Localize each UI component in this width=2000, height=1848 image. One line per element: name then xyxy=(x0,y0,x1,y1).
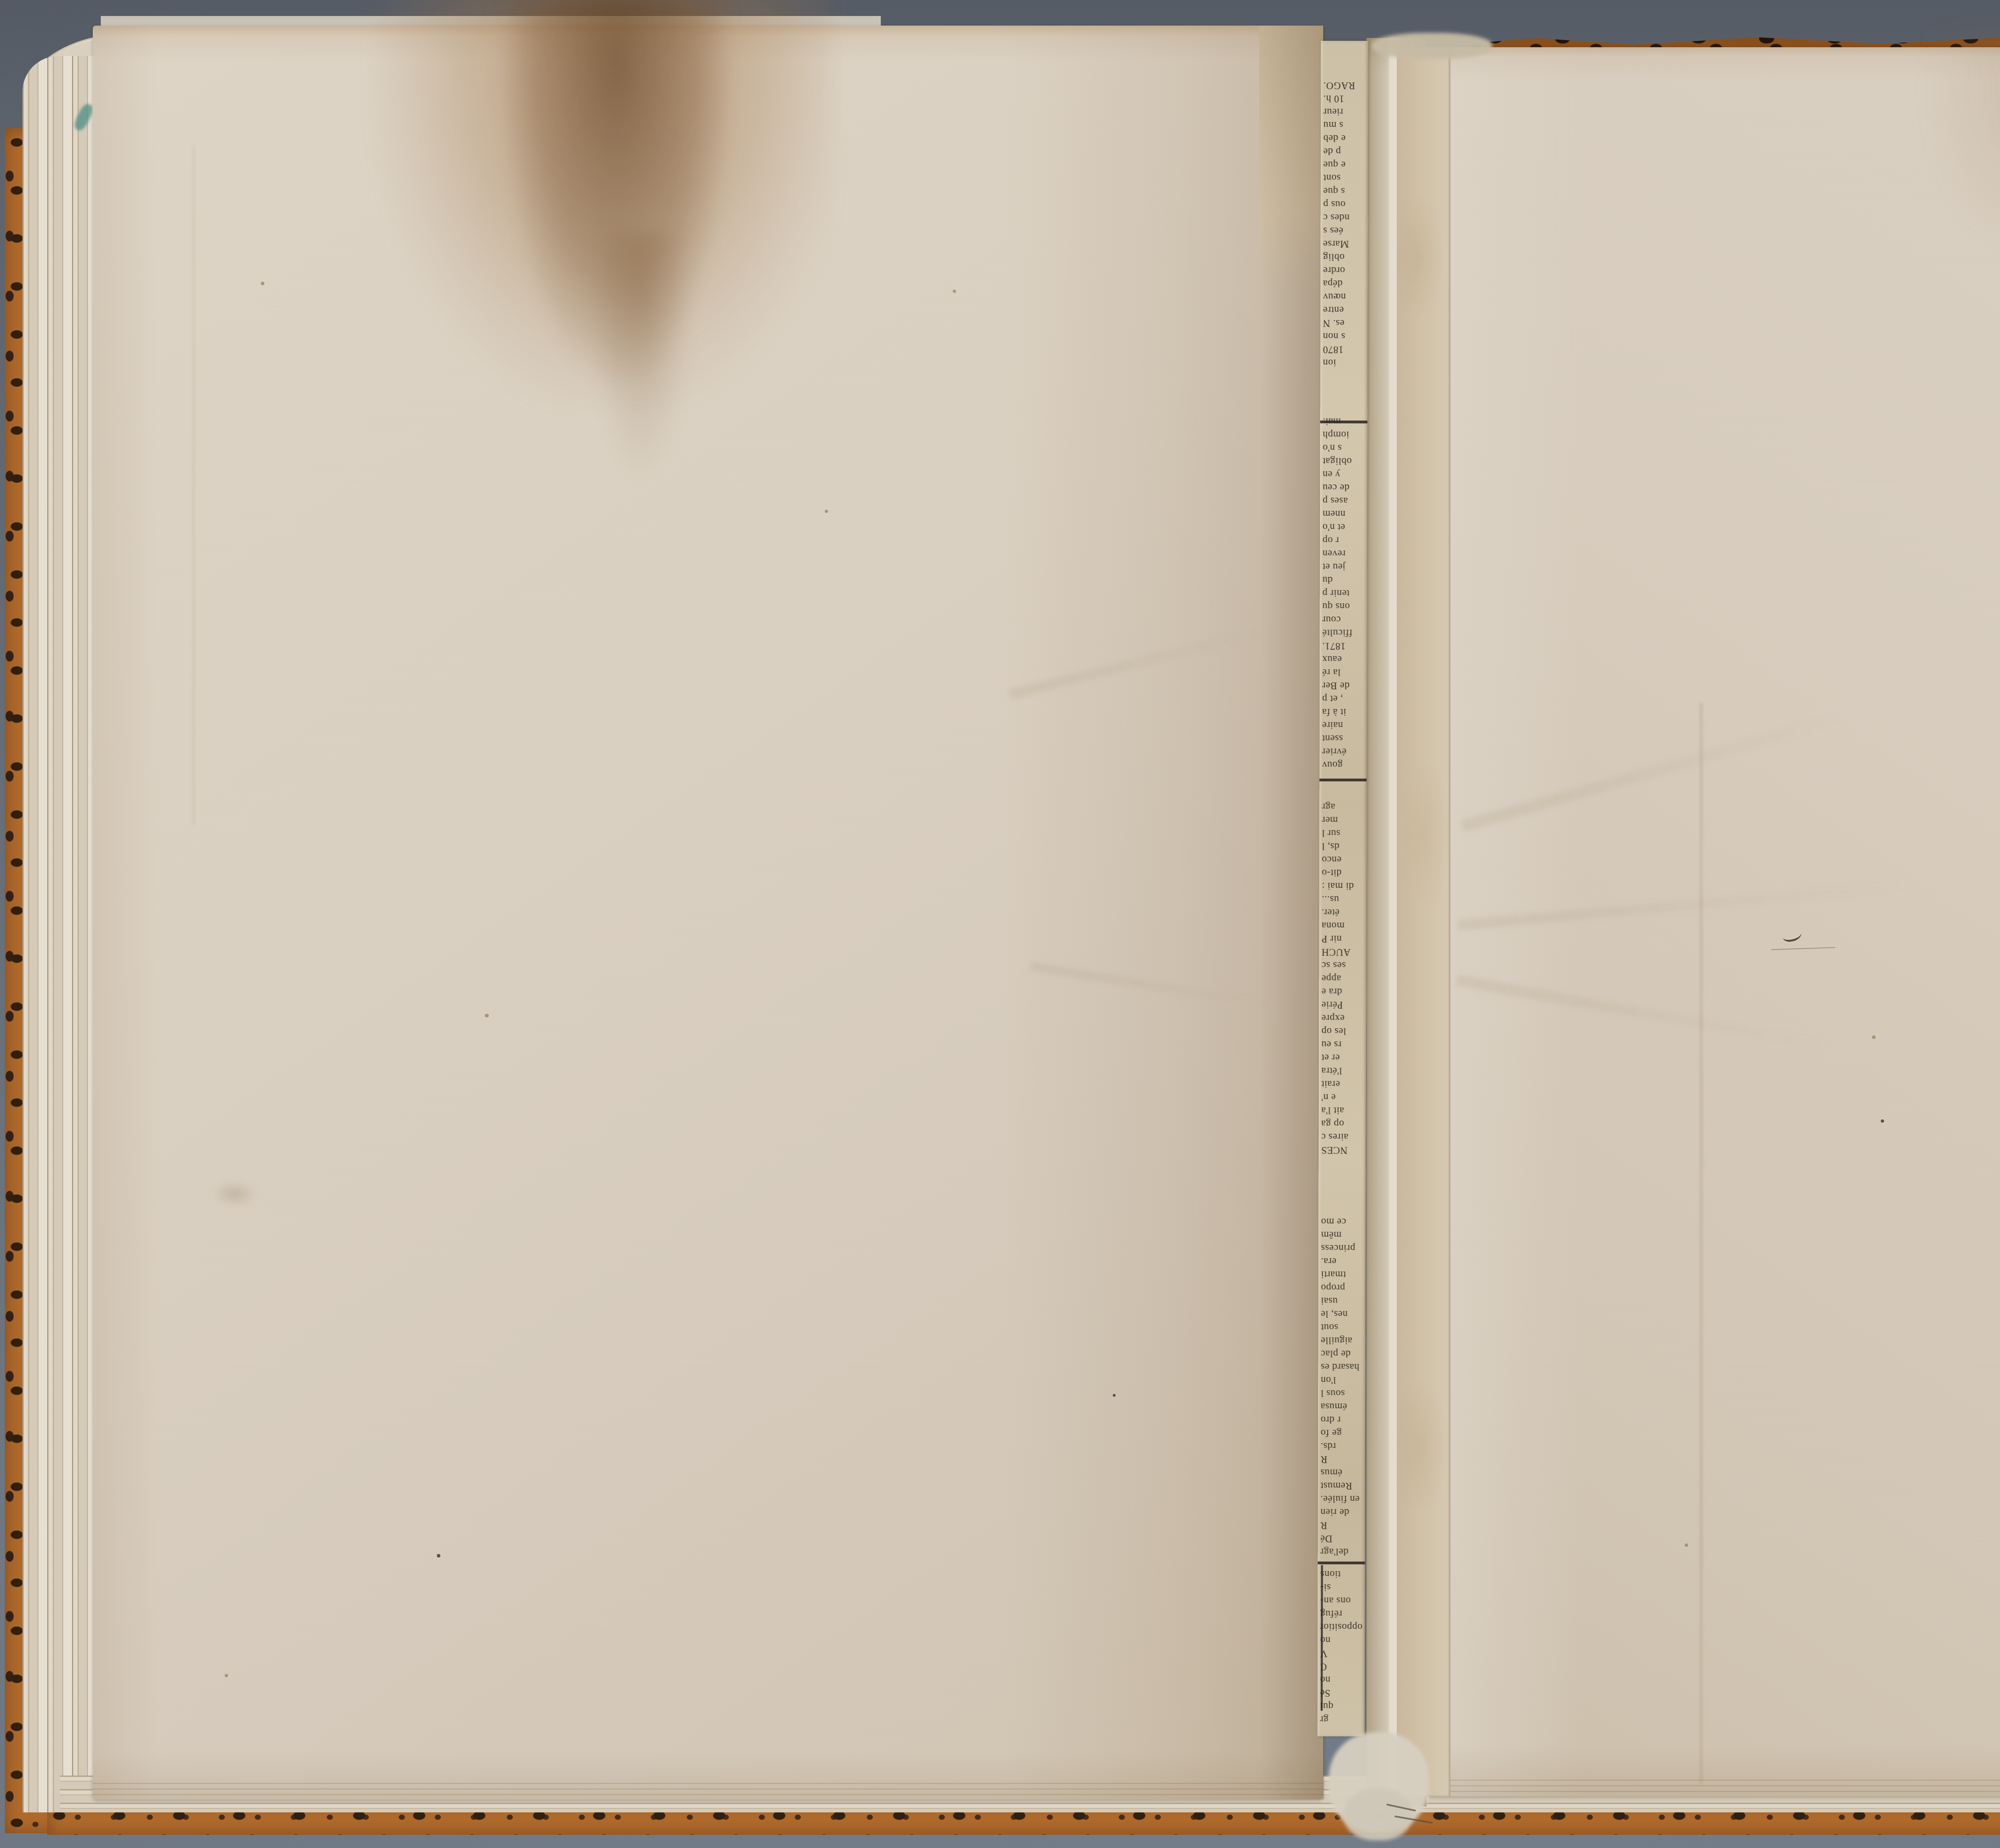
foxing-spot xyxy=(485,1014,489,1017)
clipping-segment: NCES aires c op ga ait l'a e n' erait l'… xyxy=(1321,780,1364,1157)
smudge-mark xyxy=(213,1182,257,1206)
foxing-spot xyxy=(1881,1119,1884,1123)
wrinkle-streak xyxy=(1461,683,1945,832)
foxing-spot xyxy=(225,1674,228,1677)
ink-squiggle-mark xyxy=(1782,927,1803,943)
clipping-segment: del'agr Dé R de rien en fiulée. Remust é… xyxy=(1320,1165,1363,1559)
foxing-spot xyxy=(1685,1544,1688,1547)
right-page xyxy=(1429,47,2000,1796)
newspaper-clipping-text: gr qui Sé no C V no opposition réfug ons… xyxy=(1318,41,1368,1736)
water-stain-left-core xyxy=(501,0,733,382)
clipping-column-rule xyxy=(1320,778,1367,781)
clipping-column-rule xyxy=(1320,420,1367,423)
water-stain-right-wash xyxy=(1921,31,2000,255)
water-stain-left-drip xyxy=(589,234,693,482)
tan-band-mottle xyxy=(1397,47,1450,1796)
ink-scratch-mark xyxy=(1771,947,1835,950)
newspaper-clipping: gr qui Sé no C V no opposition réfug ons… xyxy=(1318,41,1368,1736)
photo-backdrop: gr qui Sé no C V no opposition réfug ons… xyxy=(0,0,2000,1848)
foxing-spot xyxy=(1872,1035,1876,1039)
gutter-shadow xyxy=(1260,26,1324,1800)
clipping-vertical-rule xyxy=(1321,1565,1323,1711)
foxing-spot xyxy=(1113,1394,1116,1397)
bottom-edge-lines xyxy=(93,1783,1323,1800)
foxing-spot xyxy=(437,1554,440,1558)
page-crease xyxy=(193,146,194,826)
spine-head-fray xyxy=(1372,33,1492,59)
spine-tail-fray-threads xyxy=(1344,1788,1412,1840)
clipping-segment: gr qui Sé no C V no opposition réfug ons… xyxy=(1320,1567,1363,1726)
gutter-tan-band xyxy=(1397,47,1450,1796)
foxing-spot xyxy=(261,282,264,285)
wrinkle-streak xyxy=(1458,871,2000,931)
clipping-column-rule xyxy=(1318,1562,1365,1564)
clipping-segment: ion 1870 s non es. N entre nœuv dépa ord… xyxy=(1323,51,1366,370)
foxing-spot xyxy=(825,510,828,513)
wrinkle-streak xyxy=(1456,975,1922,1067)
clipping-segment: gouv évrier ssent naire it à fa , et p d… xyxy=(1322,378,1365,771)
bottom-edge-lines xyxy=(1429,1780,2000,1796)
water-stain-left-halo xyxy=(373,0,833,406)
page-crease xyxy=(1700,703,1702,1784)
foxing-spot xyxy=(953,290,956,293)
left-page xyxy=(93,26,1323,1800)
